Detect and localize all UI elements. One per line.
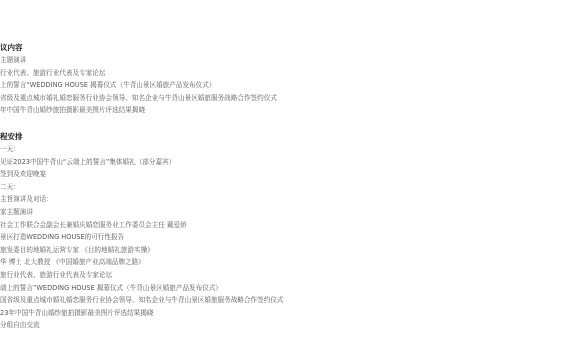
schedule-item: 旅行业代表、旅游行业代表及专家论坛 xyxy=(0,269,570,282)
schedule-item: 社会工作联合会副会长兼婚庆婚恋服务业工作委员会主任 戴爱娇 xyxy=(0,219,570,232)
section-title-schedule: 程安排 xyxy=(0,130,570,143)
agenda-content-item: 上的誓言“WEDDING HOUSE 揭幕仪式（牛背山景区婚旅产品发布仪式） xyxy=(0,79,570,92)
schedule-item: 华 博士 北大教授 《中国婚旅产业高端品牌之路》 xyxy=(0,256,570,269)
agenda-content-item: 主题演讲 xyxy=(0,54,570,67)
agenda-content-item: 省级及重点城市婚礼婚恋服务行业协会领导、知名企业与牛背山景区婚旅服务战略合作签约… xyxy=(0,92,570,105)
schedule-item: 旅发委目的地婚礼运营专家 《目的地婚礼旅游实操》 xyxy=(0,244,570,257)
schedule-item: 23年中国牛背山婚纱旅拍摄影最美图片评选结果揭晓 xyxy=(0,307,570,320)
agenda-content-item: 行业代表、旅游行业代表及专家论坛 xyxy=(0,67,570,80)
section-spacer xyxy=(0,117,570,130)
schedule-item: 签到及欢迎晚宴 xyxy=(0,168,570,181)
schedule-item: 分组自由交流 xyxy=(0,319,570,332)
schedule-item: 二天： xyxy=(0,181,570,194)
schedule-item: 家主题演讲 xyxy=(0,206,570,219)
section-title-agenda-content: 议内容 xyxy=(0,41,570,54)
schedule-item: 见证2023中国牛背山“云端上的誓言”集体婚礼（部分嘉宾） xyxy=(0,156,570,169)
schedule-item: 国省级及重点城市婚礼婚恋服务行业协会领导、知名企业与牛背山景区婚旅服务战略合作签… xyxy=(0,294,570,307)
agenda-content-item: 年中国牛背山婚纱旅拍摄影最美图片评选结果揭晓 xyxy=(0,104,570,117)
schedule-item: 一天： xyxy=(0,143,570,156)
schedule-item: 景区打造WEDDING HOUSE的可行性报告 xyxy=(0,231,570,244)
schedule-item: 主旨演讲及对话： xyxy=(0,193,570,206)
document-body: 议内容 主题演讲 行业代表、旅游行业代表及专家论坛 上的誓言“WEDDING H… xyxy=(0,41,570,332)
schedule-item: 端上的誓言“WEDDING HOUSE 揭幕仪式（牛背山景区婚旅产品发布仪式） xyxy=(0,282,570,295)
